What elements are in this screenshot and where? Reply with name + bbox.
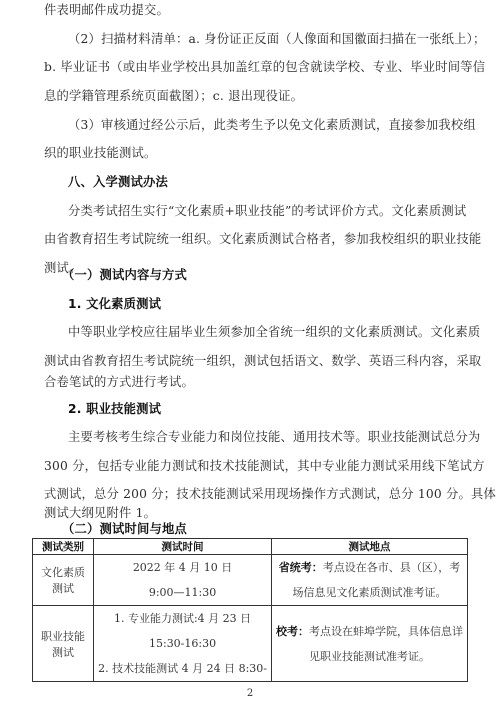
section-heading: 八、入学测试办法 [68, 174, 456, 190]
header-time: 测试时间 [94, 539, 272, 555]
paragraph-line: 主要考核考生综合专业能力和岗位技能、通用技术等。职业技能测试总分为 [68, 429, 456, 445]
location-label: 校考： [276, 625, 309, 638]
location-label: 省统考： [279, 561, 323, 574]
paragraph-line: 式测试，总分 200 分；技术技能测试采用现场操作方式测试，总分 100 分。具… [44, 486, 456, 502]
paragraph-line: 织的职业技能测试。 [44, 145, 456, 161]
category-cell: 文化素质测试 [33, 555, 94, 606]
paragraph-line: 由省教育招生考试院统一组织。文化素质测试合格者，参加我校组织的职业技能 [44, 231, 456, 247]
paragraph-line: 300 分，包括专业能力测试和技术技能测试，其中专业能力测试采用线下笔试方 [44, 458, 456, 474]
paragraph-line: 件表明邮件成功提交。 [44, 2, 456, 18]
header-category: 测试类别 [33, 539, 94, 555]
page-number: 2 [0, 688, 500, 699]
paragraph-line: 测试大纲见附件 1。 [44, 505, 456, 521]
table-row: 职业技能测试 1. 专业能力测试:4 月 23 日 15:30-16:30 2.… [33, 606, 468, 682]
paragraph-line: b. 毕业证书（或由毕业学校出具加盖红章的包含就读学校、专业、毕业时间等信 [44, 59, 456, 75]
header-location: 测试地点 [272, 539, 468, 555]
paragraph-line: （3）审核通过经公示后，此类考生予以免文化素质测试，直接参加我校组 [68, 117, 456, 133]
paragraph-line: 测试由省教育招生考试院统一组织，测试包括语文、数学、英语三科内容，采取 [44, 353, 456, 369]
paragraph-line: （2）扫描材料清单：a. 身份证正反面（人像面和国徽面扫描在一张纸上）； [68, 31, 456, 47]
item-heading: 2. 职业技能测试 [68, 401, 456, 417]
paragraph-line: 合卷笔试的方式进行考试。 [44, 374, 456, 390]
location-cell: 省统考：考点设在各市、县（区），考 场信息见文化素质测试准考证。 [272, 555, 468, 606]
paragraph-line: 中等职业学校应往届毕业生须参加全省统一组织的文化素质测试。文化素质 [68, 324, 456, 340]
item-heading: 1. 文化素质测试 [68, 296, 456, 312]
subsection-heading: （二）测试时间与地点 [62, 521, 450, 537]
time-cell: 1. 专业能力测试:4 月 23 日 15:30-16:30 2. 技术技能测试… [94, 606, 272, 682]
time-cell: 2022 年 4 月 10 日 9:00—11:30 [94, 555, 272, 606]
paragraph-line: 分类考试招生实行“文化素质+职业技能”的考试评价方式。文化素质测试 [68, 203, 456, 219]
location-cell: 校考：考点设在蚌埠学院，具体信息详 见职业技能测试准考证。 [272, 606, 468, 682]
table-row: 文化素质测试 2022 年 4 月 10 日 9:00—11:30 省统考：考点… [33, 555, 468, 606]
category-cell: 职业技能测试 [33, 606, 94, 682]
schedule-table: 测试类别 测试时间 测试地点 文化素质测试 2022 年 4 月 10 日 9:… [32, 538, 468, 682]
document-page: 件表明邮件成功提交。 （2）扫描材料清单：a. 身份证正反面（人像面和国徽面扫描… [0, 0, 500, 701]
subsection-heading: （一）测试内容与方式 [62, 267, 450, 283]
paragraph-line: 息的学籍管理系统页面截图）；c. 退出现役证。 [44, 88, 456, 104]
table-header-row: 测试类别 测试时间 测试地点 [33, 539, 468, 555]
